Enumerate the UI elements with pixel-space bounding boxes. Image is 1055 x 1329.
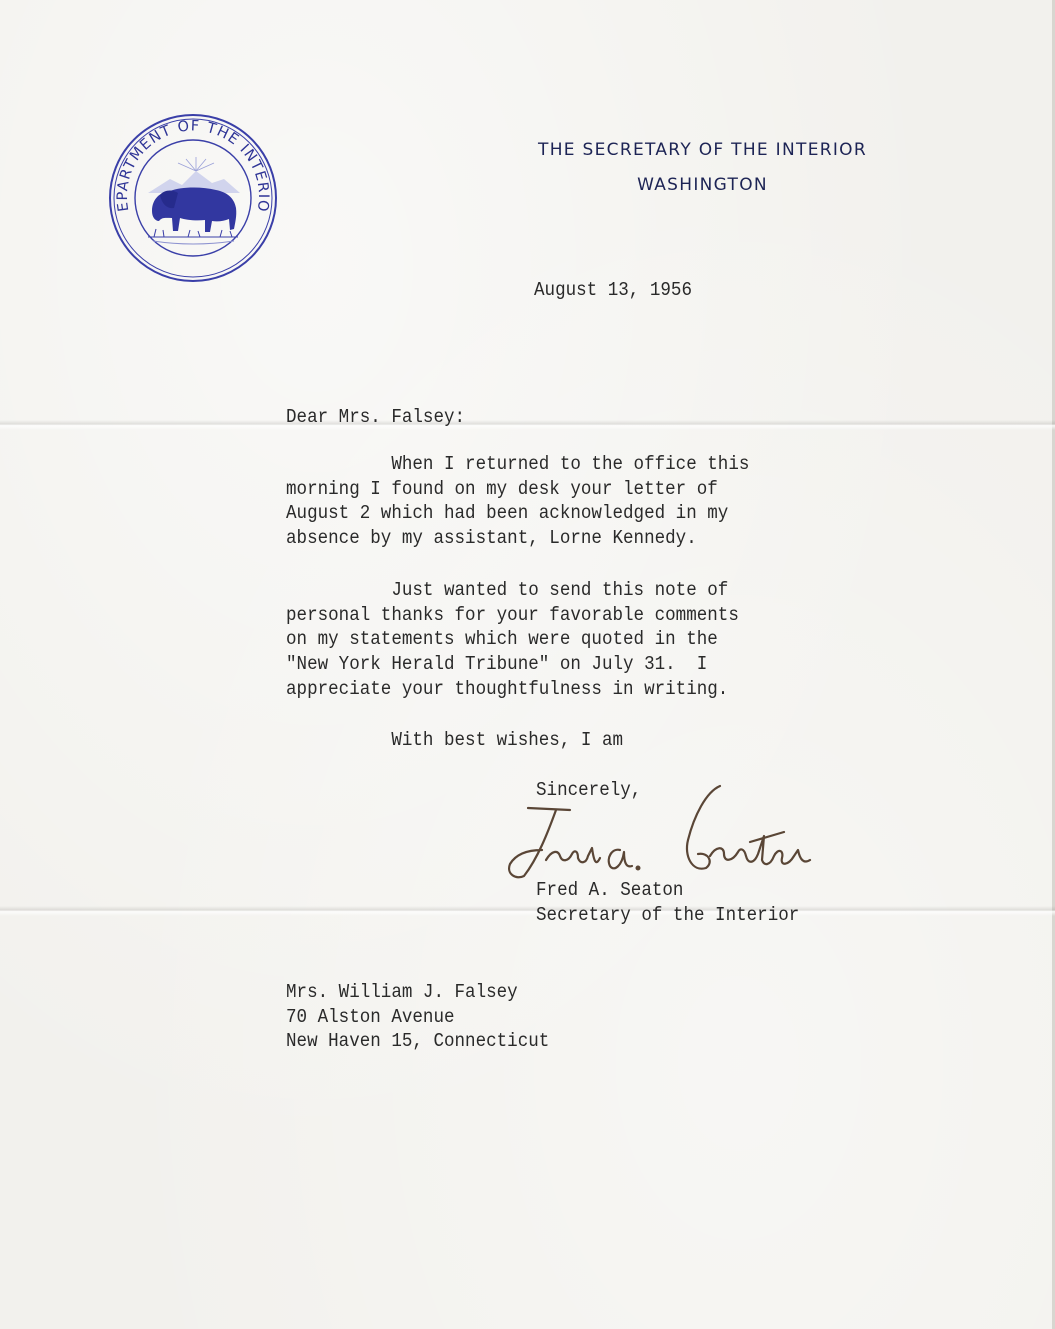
fold-crease <box>0 420 1055 430</box>
letterhead: THE SECRETARY OF THE INTERIOR WASHINGTON <box>470 140 935 195</box>
paragraph-line: on my statements which were quoted in th… <box>286 627 739 652</box>
recipient-address: Mrs. William J. Falsey70 Alston AvenueNe… <box>286 980 549 1054</box>
salutation: Dear Mrs. Falsey: <box>286 405 465 430</box>
letterhead-city: WASHINGTON <box>470 175 935 195</box>
letter-date: August 13, 1956 <box>534 278 692 303</box>
paragraph-line: personal thanks for your favorable comme… <box>286 603 739 628</box>
paragraph-line: absence by my assistant, Lorne Kennedy. <box>286 526 749 551</box>
paragraph-line: appreciate your thoughtfulness in writin… <box>286 677 739 702</box>
closing-sentence: With best wishes, I am <box>286 728 623 753</box>
paragraph-line: Just wanted to send this note of <box>286 578 739 603</box>
paragraph-2: Just wanted to send this note ofpersonal… <box>286 578 739 702</box>
fold-crease <box>0 906 1055 916</box>
paragraph-line: morning I found on my desk your letter o… <box>286 477 749 502</box>
paragraph-1: When I returned to the office thismornin… <box>286 452 749 551</box>
handwritten-signature <box>488 780 828 890</box>
signer-title: Secretary of the Interior <box>536 903 799 928</box>
address-line: New Haven 15, Connecticut <box>286 1029 549 1054</box>
address-line: 70 Alston Avenue <box>286 1005 549 1030</box>
bison-seal-icon: DEPARTMENT OF THE INTERIOR <box>108 113 278 283</box>
signer-name: Fred A. Seaton <box>536 878 683 903</box>
letterhead-title: THE SECRETARY OF THE INTERIOR <box>470 140 935 160</box>
letter-page: DEPARTMENT OF THE INTERIOR THE SECRET <box>0 0 1055 1329</box>
paragraph-line: "New York Herald Tribune" on July 31. I <box>286 652 739 677</box>
address-line: Mrs. William J. Falsey <box>286 980 549 1005</box>
paragraph-line: When I returned to the office this <box>286 452 749 477</box>
paragraph-line: August 2 which had been acknowledged in … <box>286 501 749 526</box>
